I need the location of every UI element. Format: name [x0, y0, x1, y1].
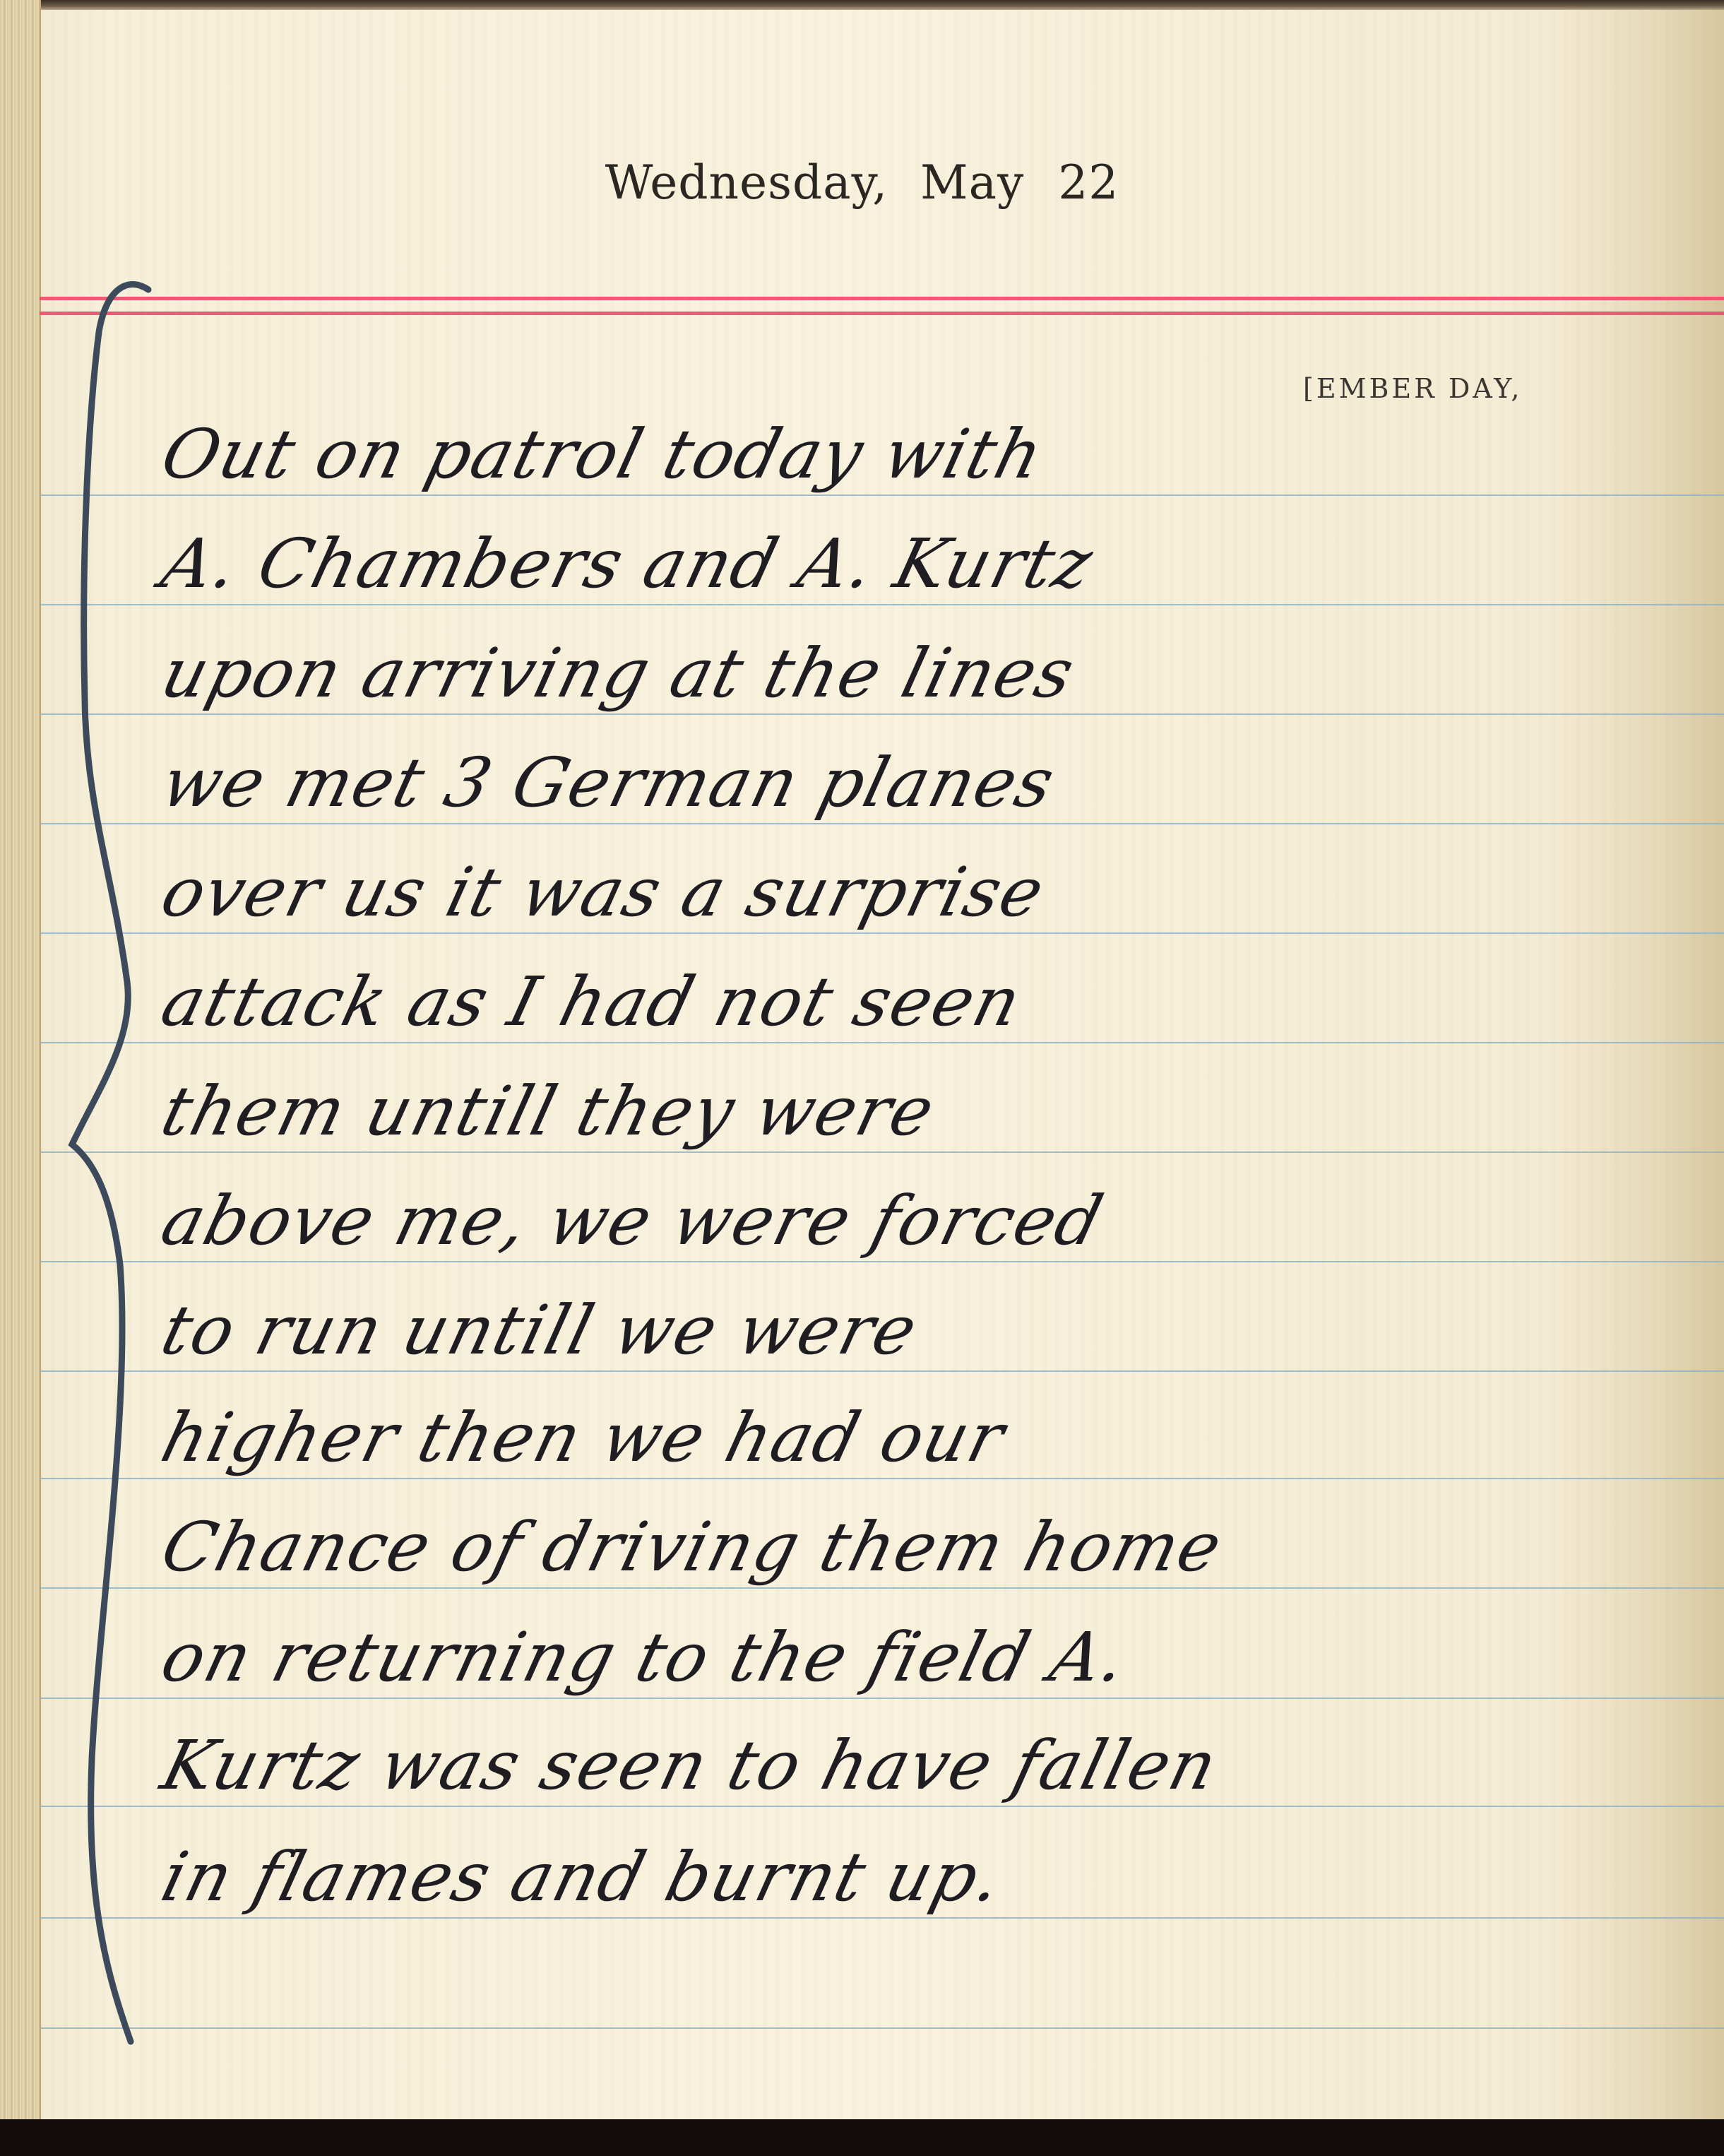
handwritten-line: over us it was a surprise — [155, 858, 1712, 926]
book-bottom-edge — [0, 2119, 1724, 2156]
handwritten-line: Out on patrol today with — [155, 420, 1712, 488]
ruled-line — [40, 1261, 1724, 1262]
handwritten-line: attack as I had not seen — [155, 968, 1712, 1036]
book-top-edge — [0, 0, 1724, 10]
handwritten-line: A. Chambers and A. Kurtz — [155, 530, 1712, 598]
weekday: Wednesday, — [605, 155, 888, 210]
handwritten-line: above me, we were forced — [155, 1187, 1712, 1255]
handwritten-line: upon arriving at the lines — [155, 639, 1712, 707]
handwritten-line: Chance of driving them home — [155, 1513, 1712, 1581]
red-rule-top — [40, 297, 1724, 300]
handwritten-line: to run untill we were — [155, 1296, 1712, 1364]
diary-page: Wednesday, May 22 [EMBER DAY, Out on pat… — [0, 0, 1724, 2119]
ruled-line — [40, 713, 1724, 715]
ruled-line — [40, 932, 1724, 934]
ruled-line — [40, 823, 1724, 824]
day-number: 22 — [1058, 155, 1119, 210]
ruled-line — [40, 1042, 1724, 1043]
page-date-header: Wednesday, May 22 — [0, 155, 1724, 210]
red-rule-bottom — [40, 312, 1724, 315]
handwritten-line: in flames and burnt up. — [155, 1843, 1712, 1911]
handwritten-line: we met 3 German planes — [155, 749, 1712, 817]
ruled-line — [40, 1587, 1724, 1589]
ruled-line — [40, 1698, 1724, 1699]
handwritten-line: Kurtz was seen to have fallen — [155, 1731, 1712, 1799]
ruled-line — [40, 1917, 1724, 1919]
ruled-line — [40, 1151, 1724, 1153]
ruled-line — [40, 1478, 1724, 1479]
page-stack-edge — [0, 0, 41, 2119]
handwritten-line: higher then we had our — [155, 1404, 1712, 1471]
ruled-line — [40, 494, 1724, 496]
month: May — [920, 155, 1024, 210]
ember-day-label: [EMBER DAY, — [1303, 373, 1522, 404]
handwritten-line: them untill they were — [155, 1077, 1712, 1145]
ruled-line — [40, 604, 1724, 605]
handwritten-line: on returning to the field A. — [155, 1623, 1712, 1691]
ruled-line — [40, 1370, 1724, 1372]
ruled-line — [40, 1806, 1724, 1807]
ruled-line — [40, 2027, 1724, 2029]
